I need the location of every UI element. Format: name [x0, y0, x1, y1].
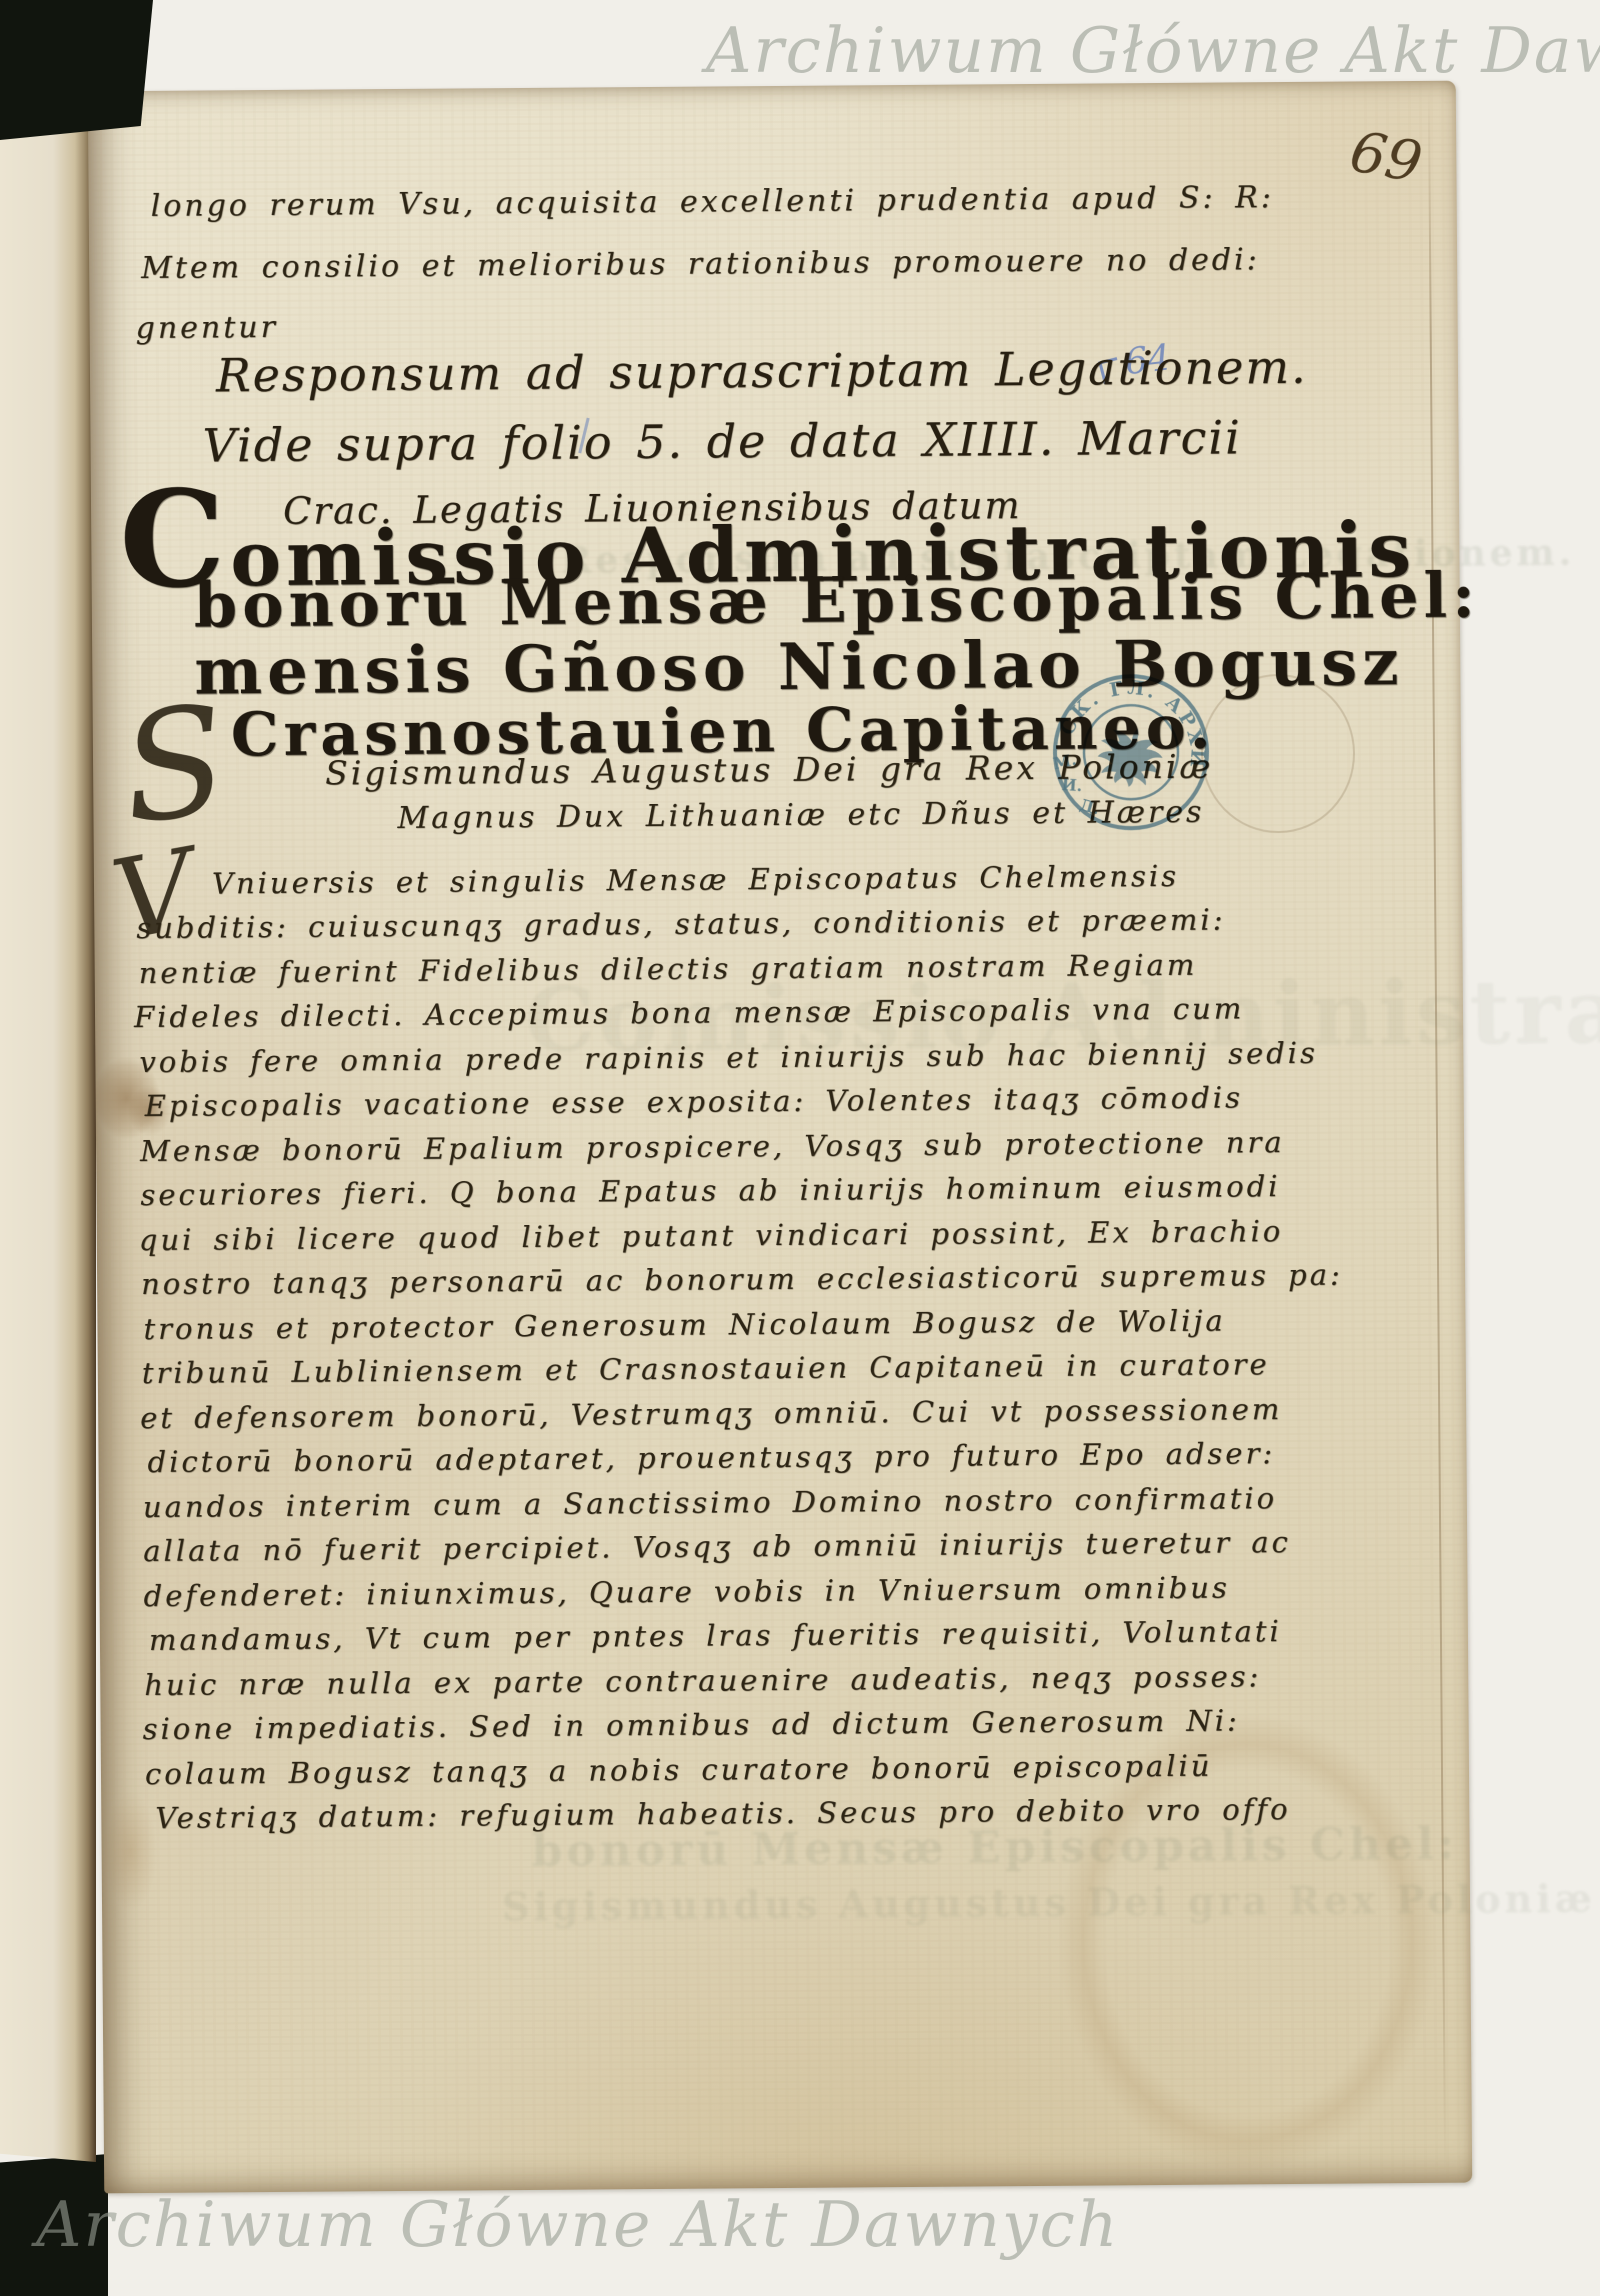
body-line: tribunū Lubliniensem et Crasnostauien Ca… [142, 1347, 1270, 1390]
manuscript-line: Mtem consilio et melioribus rationibus p… [141, 242, 1260, 286]
body-line: Vestriqʒ datum: refugium habeatis. Secus… [155, 1792, 1290, 1835]
stamp-side-letter: М. [1051, 750, 1078, 774]
manuscript-page: Responsum ad suprascriptam Legationem. C… [88, 81, 1472, 2194]
body-line: subditis: cuiuscunqʒ gradus, status, con… [136, 902, 1225, 945]
body-line: sione impediatis. Sed in omnibus ad dict… [142, 1703, 1239, 1746]
body-line: dictorū bonorū adeptaret, prouentusqʒ pr… [147, 1436, 1275, 1479]
stamp-side-letter: И. [1061, 775, 1083, 795]
margin-stain [95, 1771, 166, 1932]
body-line: mandamus, Vt cum per pntes lras fueritis… [149, 1614, 1282, 1657]
rubric-line: Vide supra folio 5. de data XIIII. Marci… [202, 410, 1242, 472]
folio-number-ink: 69 [1345, 119, 1427, 196]
archive-watermark-bottom: Archiwum Główne Akt Dawnych [36, 2188, 1119, 2261]
manuscript-line: gnentur [135, 310, 278, 346]
bleedthrough-text: Sigismundus Augustus Dei gra Rex Poloniæ [502, 1876, 1596, 1930]
body-line: Episcopalis vacatione esse exposita: Vol… [145, 1080, 1243, 1123]
archive-watermark-top: Archiwum Główne Akt Dawnych [706, 14, 1600, 87]
book-binding-top [0, 0, 153, 140]
body-line: securiores fieri. Q bona Epatus ab iniur… [140, 1169, 1280, 1212]
body-line: nostro tanqʒ personarū ac bonorum eccles… [141, 1258, 1343, 1301]
book-binding-bottom [0, 2154, 108, 2296]
stamp-side-letter: Д. [1078, 795, 1102, 819]
body-line: et defensorem bonorū, Vestrumqʒ omniū. C… [140, 1392, 1282, 1435]
rubric-line: Responsum ad suprascriptam Legationem. [216, 340, 1308, 403]
facing-page-edge [0, 106, 96, 2162]
body-line: huic nræ nulla ex parte contrauenire aud… [144, 1659, 1261, 1702]
body-line: qui sibi licere quod libet putant vindic… [139, 1214, 1284, 1257]
body-line: tronus et protector Generosum Nicolaum B… [143, 1304, 1225, 1346]
body-line: Vniuersis et singulis Mensæ Episcopatus … [212, 859, 1179, 901]
stamp-eagle-emblem [1091, 720, 1168, 794]
body-line: nentiæ fuerint Fidelibus dilectis gratia… [139, 948, 1198, 990]
manuscript-line: longo rerum Vsu, acquisita excellenti pr… [151, 180, 1274, 224]
body-line: vobis fere omnia prede rapinis et iniuri… [139, 1036, 1318, 1079]
body-line: allata nō fuerit percipiet. Vosqʒ ab omn… [143, 1525, 1291, 1568]
archival-scan-viewport: Archiwum Główne Akt Dawnych Responsum ad… [0, 0, 1600, 2296]
body-line: uandos interim cum a Sanctissimo Domino … [143, 1481, 1277, 1524]
body-line: Fideles dilecti. Accepimus bona mensæ Ep… [134, 991, 1244, 1034]
body-line: defenderet: iniunximus, Quare vobis in V… [143, 1570, 1229, 1613]
body-line: colaum Bogusz tanqʒ a nobis curatore bon… [145, 1749, 1213, 1791]
body-line: Mensæ bonorū Epalium prospicere, Vosqʒ s… [140, 1125, 1285, 1168]
